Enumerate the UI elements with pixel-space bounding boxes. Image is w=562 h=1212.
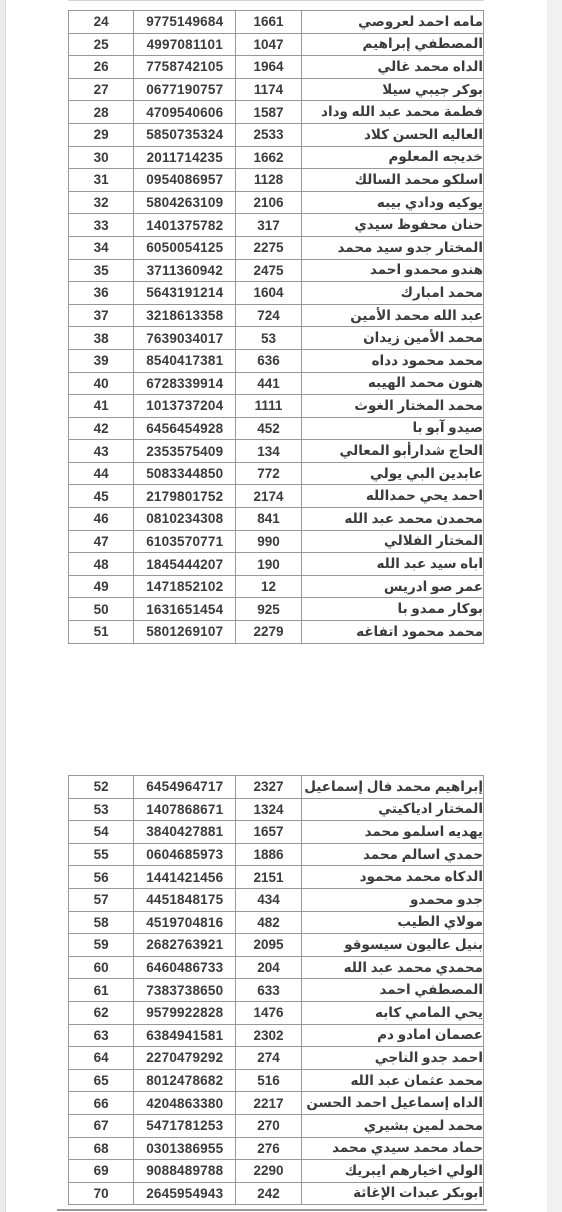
code-number-cell: 1111: [236, 395, 301, 418]
code-number-cell: 434: [236, 888, 301, 911]
id-number-cell: 9088489788: [134, 1160, 236, 1183]
table-row: 642270479292274احمد جدو الناجي: [69, 1047, 484, 1070]
table-row: 5614414214562151الدكاه محمد محمود: [69, 866, 484, 889]
table-row: 460810234308841محمدن محمد عبد الله: [69, 508, 484, 531]
table-row: 574451848175434جدو محمدو: [69, 888, 484, 911]
serial-number-cell: 39: [69, 349, 134, 372]
code-number-cell: 2302: [236, 1024, 301, 1047]
id-number-cell: 6728339914: [134, 372, 236, 395]
id-number-cell: 6103570771: [134, 530, 236, 553]
person-name-cell: اسلكو محمد السالك: [301, 169, 483, 192]
person-name-cell: محمد الأمين زيدان: [301, 327, 483, 350]
table-row: 617383738650633المصطفي احمد: [69, 979, 484, 1002]
serial-number-cell: 68: [69, 1137, 134, 1160]
table-row: 2847095406061587فطمة محمد عبد الله وداد: [69, 101, 484, 124]
code-number-cell: 516: [236, 1069, 301, 1092]
code-number-cell: 2275: [236, 236, 301, 259]
table-row: 606460486733204محمدي محمد عبد الله: [69, 956, 484, 979]
table-row: 3020117142351662خديجه المعلوم: [69, 146, 484, 169]
id-number-cell: 1401375782: [134, 214, 236, 237]
person-name-cell: محمد لمين بشيري: [301, 1114, 483, 1137]
code-number-cell: 317: [236, 214, 301, 237]
table-row: 3109540869571128اسلكو محمد السالك: [69, 169, 484, 192]
code-number-cell: 452: [236, 417, 301, 440]
person-name-cell: عبد الله محمد الأمين: [301, 304, 483, 327]
serial-number-cell: 60: [69, 956, 134, 979]
serial-number-cell: 64: [69, 1047, 134, 1070]
table-row: 6295799228281476يحي المامي كابه: [69, 1001, 484, 1024]
id-number-cell: 6456454928: [134, 417, 236, 440]
id-number-cell: 6050054125: [134, 236, 236, 259]
serial-number-cell: 51: [69, 621, 134, 644]
person-name-cell: يوكيه ودادي بيبه: [301, 191, 483, 214]
code-number-cell: 2533: [236, 123, 301, 146]
id-number-cell: 0810234308: [134, 508, 236, 531]
code-number-cell: 190: [236, 553, 301, 576]
table-row: 426456454928452صيدو آبو با: [69, 417, 484, 440]
code-number-cell: 134: [236, 440, 301, 463]
person-name-cell: محمد محمود اتفاغه: [301, 621, 483, 644]
table-row: 445083344850772عابدين البي يولي: [69, 462, 484, 485]
serial-number-cell: 30: [69, 146, 134, 169]
code-number-cell: 441: [236, 372, 301, 395]
serial-number-cell: 40: [69, 372, 134, 395]
table-row: 3460500541252275المختار جدو سيد محمد: [69, 236, 484, 259]
code-number-cell: 2095: [236, 934, 301, 957]
code-number-cell: 2106: [236, 191, 301, 214]
id-number-cell: 2353575409: [134, 440, 236, 463]
id-number-cell: 2270479292: [134, 1047, 236, 1070]
person-name-cell: اباه سيد عبد الله: [301, 553, 483, 576]
id-number-cell: 8540417381: [134, 349, 236, 372]
id-number-cell: 1845444207: [134, 553, 236, 576]
person-name-cell: محمد المختار الغوث: [301, 395, 483, 418]
code-number-cell: 2475: [236, 259, 301, 282]
id-number-cell: 6384941581: [134, 1024, 236, 1047]
table-row: 3258042631092106يوكيه ودادي بيبه: [69, 191, 484, 214]
code-number-cell: 1661: [236, 11, 301, 34]
person-name-cell: هندو محمدو احمد: [301, 259, 483, 282]
code-number-cell: 1964: [236, 56, 301, 79]
person-name-cell: عمر صو ادريس: [301, 575, 483, 598]
person-name-cell: محمد عثمان عبد الله: [301, 1069, 483, 1092]
code-number-cell: 276: [236, 1137, 301, 1160]
table-row: 5264549647172327إبراهيم محمد فال إسماعيل: [69, 776, 484, 799]
id-number-cell: 3711360942: [134, 259, 236, 282]
table-row: 49147185210212عمر صو ادريس: [69, 575, 484, 598]
id-number-cell: 4451848175: [134, 888, 236, 911]
serial-number-cell: 45: [69, 485, 134, 508]
table-row: 5314078686711324المختار ادياكيتي: [69, 798, 484, 821]
code-number-cell: 53: [236, 327, 301, 350]
person-name-cell: مامه احمد لعروصي: [301, 11, 483, 34]
serial-number-cell: 25: [69, 33, 134, 56]
person-name-cell: محمد امبارك: [301, 282, 483, 305]
serial-number-cell: 42: [69, 417, 134, 440]
code-number-cell: 204: [236, 956, 301, 979]
serial-number-cell: 61: [69, 979, 134, 1002]
person-name-cell: الولي اخيارهم ايبريك: [301, 1160, 483, 1183]
table-row: 5926827639212095بنيل عاليون سيسوقو: [69, 934, 484, 957]
table-row: 5438404278811657يهديه اسلمو محمد: [69, 821, 484, 844]
table-row: 432353575409134الحاج شدارأبو المعالي: [69, 440, 484, 463]
serial-number-cell: 52: [69, 776, 134, 799]
person-name-cell: الداه محمد غالي: [301, 56, 483, 79]
serial-number-cell: 70: [69, 1182, 134, 1205]
code-number-cell: 841: [236, 508, 301, 531]
id-number-cell: 1471852102: [134, 575, 236, 598]
id-number-cell: 2682763921: [134, 934, 236, 957]
table-row: 6363849415812302عصمان امادو دم: [69, 1024, 484, 1047]
person-name-cell: ابوبكر عبدات الإغاثة: [301, 1182, 483, 1205]
page-cut-line-top: [68, 0, 484, 1]
code-number-cell: 1657: [236, 821, 301, 844]
serial-number-cell: 28: [69, 101, 134, 124]
serial-number-cell: 34: [69, 236, 134, 259]
serial-number-cell: 31: [69, 169, 134, 192]
id-number-cell: 4997081101: [134, 33, 236, 56]
id-number-cell: 3218613358: [134, 304, 236, 327]
id-number-cell: 7639034017: [134, 327, 236, 350]
serial-number-cell: 26: [69, 56, 134, 79]
code-number-cell: 482: [236, 911, 301, 934]
serial-number-cell: 65: [69, 1069, 134, 1092]
serial-number-cell: 36: [69, 282, 134, 305]
table-row: 6990884897882290الولي اخيارهم ايبريك: [69, 1160, 484, 1183]
person-name-cell: عصمان امادو دم: [301, 1024, 483, 1047]
id-number-cell: 4519704816: [134, 911, 236, 934]
serial-number-cell: 57: [69, 888, 134, 911]
serial-number-cell: 58: [69, 911, 134, 934]
table-row: 481845444207190اباه سيد عبد الله: [69, 553, 484, 576]
serial-number-cell: 44: [69, 462, 134, 485]
person-name-cell: الحاج شدارأبو المعالي: [301, 440, 483, 463]
table-row: 584519704816482مولاي الطيب: [69, 911, 484, 934]
code-number-cell: 2217: [236, 1092, 301, 1115]
serial-number-cell: 67: [69, 1114, 134, 1137]
serial-number-cell: 49: [69, 575, 134, 598]
id-number-cell: 1013737204: [134, 395, 236, 418]
serial-number-cell: 41: [69, 395, 134, 418]
person-name-cell: صيدو آبو با: [301, 417, 483, 440]
page-cut-line-bottom: [57, 1209, 487, 1211]
code-number-cell: 2279: [236, 621, 301, 644]
person-name-cell: احمد يحي حمدالله: [301, 485, 483, 508]
table-row: 4110137372041111محمد المختار الغوث: [69, 395, 484, 418]
table-row: 373218613358724عبد الله محمد الأمين: [69, 304, 484, 327]
serial-number-cell: 50: [69, 598, 134, 621]
person-name-cell: يهديه اسلمو محمد: [301, 821, 483, 844]
person-name-cell: بوكار ممدو با: [301, 598, 483, 621]
person-name-cell: المختار الفلالي: [301, 530, 483, 553]
table-row: 476103570771990المختار الفلالي: [69, 530, 484, 553]
serial-number-cell: 27: [69, 78, 134, 101]
serial-number-cell: 24: [69, 11, 134, 34]
code-number-cell: 1476: [236, 1001, 301, 1024]
id-number-cell: 1441421456: [134, 866, 236, 889]
table-row: 675471781253270محمد لمين بشيري: [69, 1114, 484, 1137]
id-number-cell: 6460486733: [134, 956, 236, 979]
code-number-cell: 990: [236, 530, 301, 553]
code-number-cell: 1047: [236, 33, 301, 56]
id-number-cell: 1407868671: [134, 798, 236, 821]
person-name-cell: فطمة محمد عبد الله وداد: [301, 101, 483, 124]
id-number-cell: 5083344850: [134, 462, 236, 485]
roster-table-upper: 2497751496841661مامه احمد لعروصي25499708…: [68, 10, 484, 644]
serial-number-cell: 66: [69, 1092, 134, 1115]
code-number-cell: 1128: [236, 169, 301, 192]
id-number-cell: 5804263109: [134, 191, 236, 214]
serial-number-cell: 69: [69, 1160, 134, 1183]
table-row: 2706771907571174بوكر جيبي سيلا: [69, 78, 484, 101]
id-number-cell: 6454964717: [134, 776, 236, 799]
serial-number-cell: 43: [69, 440, 134, 463]
id-number-cell: 3840427881: [134, 821, 236, 844]
table-row: 38763903401753محمد الأمين زيدان: [69, 327, 484, 350]
table-row: 2958507353242533العاليه الحسن كلاد: [69, 123, 484, 146]
serial-number-cell: 35: [69, 259, 134, 282]
serial-number-cell: 47: [69, 530, 134, 553]
person-name-cell: بنيل عاليون سيسوقو: [301, 934, 483, 957]
code-number-cell: 724: [236, 304, 301, 327]
id-number-cell: 2179801752: [134, 485, 236, 508]
serial-number-cell: 55: [69, 843, 134, 866]
person-name-cell: حنان محفوظ سيدي: [301, 214, 483, 237]
code-number-cell: 2151: [236, 866, 301, 889]
table-row: 406728339914441هنون محمد الهيبه: [69, 372, 484, 395]
table-row: 501631651454925بوكار ممدو با: [69, 598, 484, 621]
table-row: 331401375782317حنان محفوظ سيدي: [69, 214, 484, 237]
id-number-cell: 9579922828: [134, 1001, 236, 1024]
person-name-cell: جدو محمدو: [301, 888, 483, 911]
code-number-cell: 12: [236, 575, 301, 598]
person-name-cell: هنون محمد الهيبه: [301, 372, 483, 395]
person-name-cell: المختار ادياكيتي: [301, 798, 483, 821]
id-number-cell: 0954086957: [134, 169, 236, 192]
code-number-cell: 274: [236, 1047, 301, 1070]
person-name-cell: المختار جدو سيد محمد: [301, 236, 483, 259]
person-name-cell: حمدي اسالم محمد: [301, 843, 483, 866]
table-row: 5158012691072279محمد محمود اتفاغه: [69, 621, 484, 644]
id-number-cell: 5801269107: [134, 621, 236, 644]
code-number-cell: 633: [236, 979, 301, 1002]
table-row: 4521798017522174احمد يحي حمدالله: [69, 485, 484, 508]
id-number-cell: 7758742105: [134, 56, 236, 79]
id-number-cell: 2645954943: [134, 1182, 236, 1205]
person-name-cell: المصطفي إبراهيم: [301, 33, 483, 56]
id-number-cell: 7383738650: [134, 979, 236, 1002]
viewer-edge-right: [547, 0, 562, 1212]
code-number-cell: 2290: [236, 1160, 301, 1183]
serial-number-cell: 33: [69, 214, 134, 237]
person-name-cell: مولاي الطيب: [301, 911, 483, 934]
serial-number-cell: 48: [69, 553, 134, 576]
table-row: 2549970811011047المصطفي إبراهيم: [69, 33, 484, 56]
code-number-cell: 1587: [236, 101, 301, 124]
id-number-cell: 9775149684: [134, 11, 236, 34]
id-number-cell: 1631651454: [134, 598, 236, 621]
viewer-edge-left: [0, 0, 6, 1212]
table-row: 658012478682516محمد عثمان عبد الله: [69, 1069, 484, 1092]
id-number-cell: 4204863380: [134, 1092, 236, 1115]
serial-number-cell: 62: [69, 1001, 134, 1024]
person-name-cell: خديجه المعلوم: [301, 146, 483, 169]
person-name-cell: محمدن محمد عبد الله: [301, 508, 483, 531]
person-name-cell: يحي المامي كابه: [301, 1001, 483, 1024]
id-number-cell: 0301386955: [134, 1137, 236, 1160]
person-name-cell: حماد محمد سيدي محمد: [301, 1137, 483, 1160]
code-number-cell: 2174: [236, 485, 301, 508]
serial-number-cell: 37: [69, 304, 134, 327]
id-number-cell: 8012478682: [134, 1069, 236, 1092]
person-name-cell: المصطفي احمد: [301, 979, 483, 1002]
table-row: 398540417381636محمد محمود دداه: [69, 349, 484, 372]
person-name-cell: احمد جدو الناجي: [301, 1047, 483, 1070]
serial-number-cell: 38: [69, 327, 134, 350]
serial-number-cell: 53: [69, 798, 134, 821]
table-row: 3537113609422475هندو محمدو احمد: [69, 259, 484, 282]
id-number-cell: 2011714235: [134, 146, 236, 169]
serial-number-cell: 56: [69, 866, 134, 889]
serial-number-cell: 32: [69, 191, 134, 214]
code-number-cell: 772: [236, 462, 301, 485]
code-number-cell: 925: [236, 598, 301, 621]
table-row: 5506046859731886حمدي اسالم محمد: [69, 843, 484, 866]
table-row: 3656431912141604محمد امبارك: [69, 282, 484, 305]
roster-table-lower: 5264549647172327إبراهيم محمد فال إسماعيل…: [68, 775, 484, 1205]
person-name-cell: بوكر جيبي سيلا: [301, 78, 483, 101]
code-number-cell: 1604: [236, 282, 301, 305]
person-name-cell: عابدين البي يولي: [301, 462, 483, 485]
code-number-cell: 2327: [236, 776, 301, 799]
serial-number-cell: 59: [69, 934, 134, 957]
table-row: 2497751496841661مامه احمد لعروصي: [69, 11, 484, 34]
person-name-cell: الدكاه محمد محمود: [301, 866, 483, 889]
table-row: 702645954943242ابوبكر عبدات الإغاثة: [69, 1182, 484, 1205]
code-number-cell: 1324: [236, 798, 301, 821]
person-name-cell: محمدي محمد عبد الله: [301, 956, 483, 979]
serial-number-cell: 29: [69, 123, 134, 146]
code-number-cell: 242: [236, 1182, 301, 1205]
id-number-cell: 5850735324: [134, 123, 236, 146]
person-name-cell: محمد محمود دداه: [301, 349, 483, 372]
person-name-cell: إبراهيم محمد فال إسماعيل: [301, 776, 483, 799]
code-number-cell: 636: [236, 349, 301, 372]
id-number-cell: 4709540606: [134, 101, 236, 124]
person-name-cell: العاليه الحسن كلاد: [301, 123, 483, 146]
serial-number-cell: 63: [69, 1024, 134, 1047]
serial-number-cell: 46: [69, 508, 134, 531]
code-number-cell: 1174: [236, 78, 301, 101]
code-number-cell: 1886: [236, 843, 301, 866]
code-number-cell: 270: [236, 1114, 301, 1137]
id-number-cell: 5471781253: [134, 1114, 236, 1137]
table-row: 680301386955276حماد محمد سيدي محمد: [69, 1137, 484, 1160]
table-row: 2677587421051964الداه محمد غالي: [69, 56, 484, 79]
code-number-cell: 1662: [236, 146, 301, 169]
table-row: 6642048633802217الداه إسماعيل احمد الحسن: [69, 1092, 484, 1115]
person-name-cell: الداه إسماعيل احمد الحسن: [301, 1092, 483, 1115]
id-number-cell: 0677190757: [134, 78, 236, 101]
id-number-cell: 0604685973: [134, 843, 236, 866]
serial-number-cell: 54: [69, 821, 134, 844]
id-number-cell: 5643191214: [134, 282, 236, 305]
